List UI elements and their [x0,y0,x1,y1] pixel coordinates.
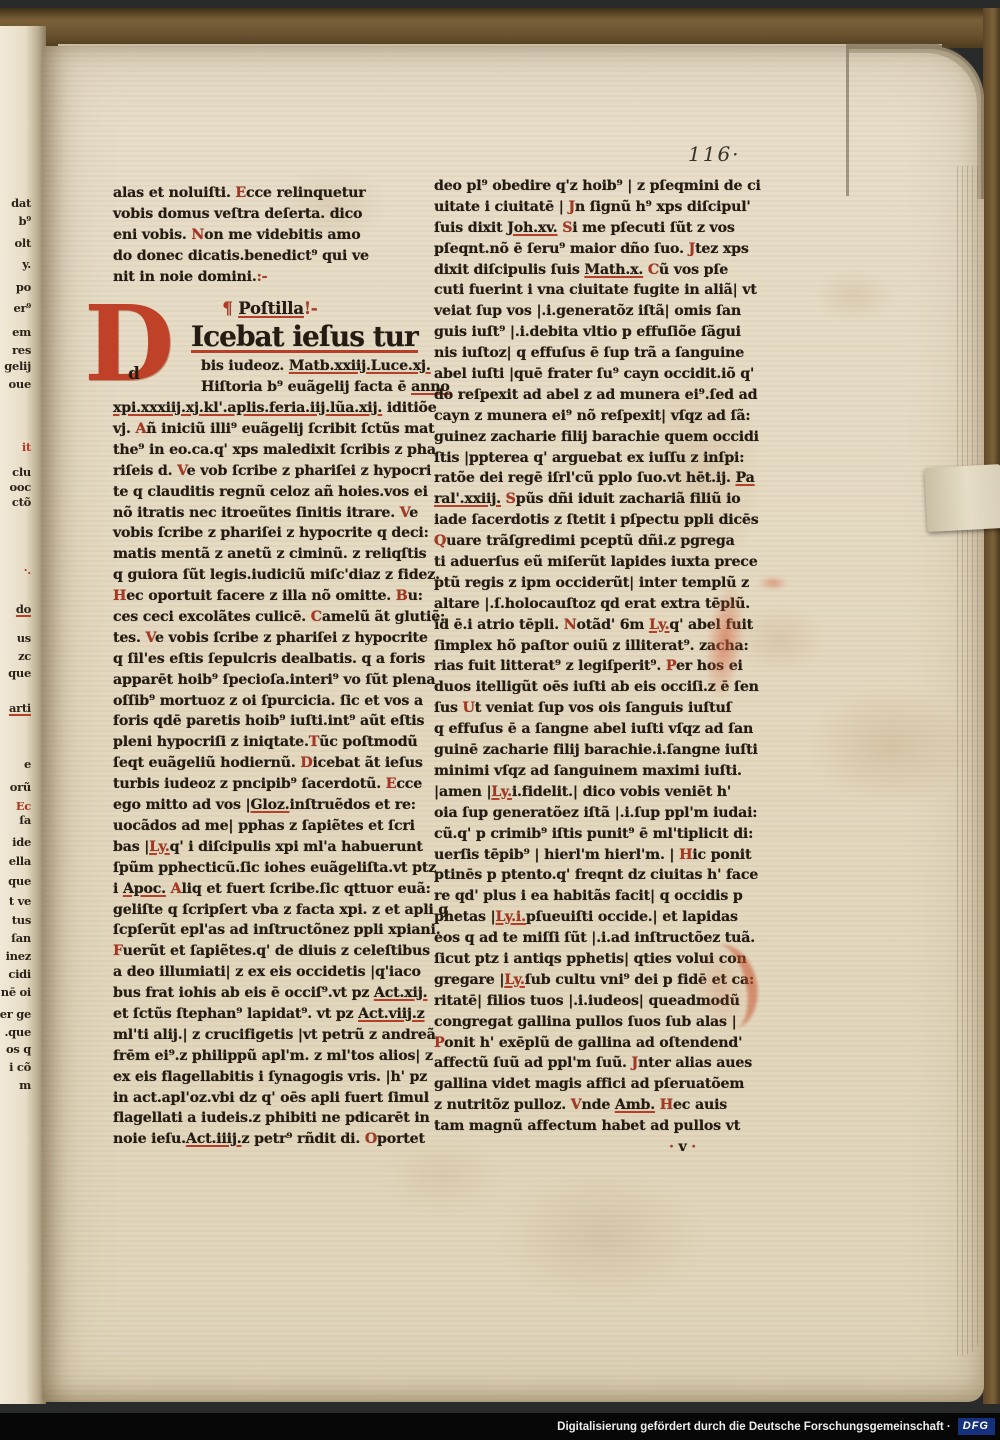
text-line: vj. Añ iniciũ illi⁹ euãgelij ſcribit ſct… [113,419,427,440]
text-line: pſeqnt.nõ ē ſeru⁹ maior dño ſuo. Jtez xp… [434,239,754,260]
text-line: foris qdē paretis hoib⁹ iuſti.int⁹ aũt e… [113,711,427,732]
digitized-book-photo: datb⁹olty.poer⁹emresgelijoueitcluoocctõ·… [0,0,1000,1440]
text-line: bus frat iohis ab eis ē occiſ⁹.vt pz Act… [113,983,427,1004]
edge-text-fragment: clu [12,465,31,479]
text-line: vobis domus veſtra deſerta. dico [113,204,427,225]
edge-text-fragment: orũ [10,780,31,794]
text-line: Fuerũt et ſapiẽtes.q' de diuis z celeſti… [113,941,427,962]
edge-text-fragment: inez [6,949,31,963]
text-line: z nutritõz pulloz. Vnde Amb. Hec auis [434,1095,754,1116]
text-line: flagellati a iudeis.z phibiti ne pdicarē… [113,1108,427,1129]
edge-text-fragment: em [12,325,31,339]
text-line: matis mentã z anetũ z ciminũ. z reliqſti… [113,544,427,565]
text-line: a deo illumiati| z ex eis occidetis |q'i… [113,962,427,983]
text-line: abel iuſti |quē frater ſu⁹ cayn occidit.… [434,364,754,385]
edge-text-fragment: do [16,602,31,616]
edge-text-fragment: i cõ [9,1060,31,1074]
text-line: geliſte q ſcripſert vba z facta xpi. z e… [113,900,427,921]
text-column-left: alas et noluiſti. Ecce relinqueturvobis … [113,183,427,1150]
dfg-logo: DFG [958,1418,995,1435]
text-line: do reſpexit ad abel z ad munera ei⁹.ſed … [434,385,754,406]
text-line: cũ.q' p crimib⁹ iſtis punit⁹ ē ml'tiplic… [434,824,754,845]
text-line: i Apoc. Aliq et fuert ſcribe.ſic qttuor … [113,879,427,900]
text-line: noie ieſu.Act.iiij.z petr⁹ rñdit di. Opo… [113,1129,427,1150]
edge-text-fragment: que [8,666,31,680]
text-line: cayn z munera ei⁹ nõ reſpexit| vſqz ad ſ… [434,406,754,427]
text-line: ego mitto ad vos |Gloz.inſtruẽdos et re: [113,795,427,816]
text-line: iade ſacerdotis z ſtetit i pſpectu ppli … [434,510,754,531]
text-line: ſpũm pphecticũ.ſic iohes euãgeliſta.vt p… [113,858,427,879]
text-line: · v · [434,1137,754,1158]
edge-text-fragment: tus [12,913,31,927]
text-line: ſcpſerũt epl'as ad inſtructõnez ppli xpi… [113,920,427,941]
edge-text-fragment: olt [15,236,31,250]
text-line: ratõe dei regē iſrl'cũ pplo ſuo.vt hēt.i… [434,468,754,489]
text-line: et ſctũs ſtephan⁹ lapidat⁹. vt pz Act.vi… [113,1004,427,1025]
text-line: ces ceci excolãtes culicē. Camelũ ãt glu… [113,607,427,628]
text-line: Icebat ieſus tur [113,320,427,356]
text-line: apparēt hoib⁹ ſpecioſa.interi⁹ vo ſũt pl… [113,670,427,691]
edge-text-fragment: ctõ [12,495,31,509]
text-line: nis iuſtoz| q effuſus ē ſup trã a ſangui… [434,343,754,364]
text-line: tes. Ve vobis ſcribe z phariſei z hypocr… [113,628,427,649]
digitization-credit-bar: Digitalisierung gefördert durch die Deut… [0,1413,1000,1440]
text-line: Ponit h' exēplũ de gallina ad oſtendend' [434,1033,754,1054]
text-line: cuti fuerint i vna ciuitate fugite in al… [434,280,754,301]
text-line: guinez zacharie filij barachie quem occi… [434,427,754,448]
text-line: gallina videt magis affici ad pſeruatõem [434,1074,754,1095]
text-line: eos q ad te miſſi ſũt |.i.ad inſtructõez… [434,928,754,949]
text-line: pleni hypocriſi z iniqtate.Tũc poſtmodũ [113,732,427,753]
edge-text-fragment: Ec [16,799,31,813]
text-line: in act.apl'oz.vbi dz q' oēs apli fuert ſ… [113,1088,427,1109]
text-line: uocãdos ad me| pphas z ſapiẽtes et ſcri [113,816,427,837]
text-line: oia ſup generatõez iſtã |.i.ſup ppl'm iu… [434,803,754,824]
edge-text-fragment: oue [9,377,31,391]
text-line: ml'ti alij.| z crucifigetis |vt petrũ z … [113,1025,427,1046]
text-line: veiat ſup vos |.i.generatõz iſtã| omis ſ… [434,301,754,322]
credit-text: Digitalisierung gefördert durch die Deut… [557,1421,951,1433]
text-line: ex eis flagellabitis i ſynagogis vris. |… [113,1067,427,1088]
edge-text-fragment: po [16,280,31,294]
red-ink-smudge [758,576,788,590]
page-edges-right [957,166,981,1356]
edge-text-fragment: zc [18,649,31,663]
edge-text-fragment: arti [9,701,31,715]
text-line: |amen |Ly.i.fidelit.| dico vobis veniēt … [434,782,754,803]
text-line: guinē zacharie filij barachie.i.ſangne i… [434,740,754,761]
edge-text-fragment: e [24,757,31,771]
text-line: uitate i ciuitatē | Jn ſignũ h⁹ xps diſc… [434,197,754,218]
text-line: bis iudeoz. Matb.xxiij.Luce.xj. [113,356,427,377]
text-line: eni vobis. Non me videbitis amo [113,225,427,246]
edge-text-fragment: it [22,440,31,454]
edge-text-fragment: ſan [11,931,31,945]
text-line: ſeqt euãgeliũ hodiernũ. Dicebat ãt ieſus [113,753,427,774]
text-line: ſus Ut veniat ſup vos ois ſanguis iuſtuſ [434,698,754,719]
text-line: tam magnũ affectum habet ad pullos vt [434,1116,754,1137]
text-line: te q clauditis regnũ celoz añ hoies.vos … [113,482,427,503]
text-line: q effuſus ē a ſangne abel iuſti vſqz ad … [434,719,754,740]
text-line: nit in noie domini.:- [113,267,427,288]
binding-leather-top [0,8,1000,48]
edge-text-fragment: ooc [10,480,31,494]
edge-text-fragment: m [19,1078,31,1092]
page-number: 116· [688,142,741,166]
text-line: alas et noluiſti. Ecce relinquetur [113,183,427,204]
text-line: uerſis tēpib⁹ | hierl'm hierl'm. | Hic p… [434,845,754,866]
edge-text-fragment: nē oi [1,985,31,999]
edge-text-fragment: t ve [9,894,31,908]
text-line: altare |.ſ.holocauſtoz qd erat extra tēp… [434,594,754,615]
edge-text-fragment: er ge [0,1007,31,1021]
edge-text-fragment: ide [12,835,31,849]
text-line: dixit diſcipulis ſuis Math.x. Cũ vos pſe [434,260,754,281]
text-line: ptũ regis z ipm occiderũt| inter templũ … [434,573,754,594]
text-line: Hec oportuit facere z illa nõ omitte. Bu… [113,586,427,607]
text-line: guis iuſt⁹ |.i.debita vltio p effuſiõe ſ… [434,322,754,343]
text-line: vobis ſcribe z phariſei z hypocrite q de… [113,523,427,544]
text-line: ¶ Poſtilla!- [113,299,427,320]
edge-text-fragment: ſa [19,813,31,827]
edge-text-fragment: os q [6,1042,31,1056]
text-line: Quare trãſgredimi pceptũ dñi.z pgrega [434,531,754,552]
text-line: Hiſtoria b⁹ euãgelij facta ē anno [113,377,427,398]
text-line: turbis iudeoz z pncipib⁹ ſacerdotũ. Ecce [113,774,427,795]
text-line: affectũ ſuũ ad ppl'm ſuũ. Jnter alias au… [434,1053,754,1074]
text-line: frēm ei⁹.z philippũ apl'm. z ml'tos alio… [113,1046,427,1067]
edge-text-fragment: gelij [4,359,31,373]
text-line: riſeis d. Ve vob ſcribe z phariſei z hyp… [113,461,427,482]
book-page: 116· D d alas et noluiſti. Ecce relinque… [42,46,984,1402]
text-line: xpi.xxxiij.xj.kl'.aplis.feria.iij.lũa.xi… [113,398,427,419]
edge-text-fragment: que [8,874,31,888]
text-line: q ſil'es eſtis ſepulcris dealbatis. q a … [113,649,427,670]
facing-page-edge: datb⁹olty.poer⁹emresgelijoueitcluoocctõ·… [0,26,46,1404]
text-line: phetas |Ly.i.pſueuiſti occide.| et lapid… [434,907,754,928]
edge-text-fragment: er⁹ [13,301,31,315]
text-line: oſſib⁹ mortuoz z oi ſpurcicia. ſic et vo… [113,691,427,712]
text-line: ral'.xxiij. Spũs dñi iduit zachariã fili… [434,489,754,510]
edge-text-fragment: ella [9,854,31,868]
text-line: do donec dicatis.benedict⁹ qui ve [113,246,427,267]
text-line: ſuis dixit Joh.xv. Si me pſecuti ſũt z v… [434,218,754,239]
edge-text-fragment: res [12,343,31,357]
bookmark-tab [924,464,1000,532]
text-line: ſtis |ppterea q' arguebat ex iuſſu z inſ… [434,448,754,469]
text-line: deo pl⁹ obedire q'z hoib⁹ | z pſeqmini d… [434,176,754,197]
edge-text-fragment: dat [11,196,31,210]
text-line: bas |Ly.q' i diſcipulis xpi ml'a habueru… [113,837,427,858]
text-line: re qd' plus i ea habitãs facit| q occidi… [434,886,754,907]
text-line: ptinēs p ptento.q' freqnt dz ciuitas h' … [434,865,754,886]
text-line: q guiora ſũt legis.iudiciũ miſc'diaz z f… [113,565,427,586]
text-line: the⁹ in eo.ca.q' xps maledixit ſcribis z… [113,440,427,461]
text-line: minimi vſqz ad ſanguinem maximi iuſti. [434,761,754,782]
edge-text-fragment: .que [4,1025,31,1039]
edge-text-fragment: cidi [8,967,31,981]
text-line: nõ itratis nec itroeũtes ſinitis itrare.… [113,503,427,524]
edge-text-fragment: us [17,631,31,645]
edge-text-fragment: y. [22,257,31,271]
binding-leather-right [983,8,1000,1404]
text-line: ti aduerſus eũ miſerũt lapides iuxta pre… [434,552,754,573]
edge-text-fragment: b⁹ [19,214,31,228]
edge-text-fragment: ·. [24,563,31,577]
